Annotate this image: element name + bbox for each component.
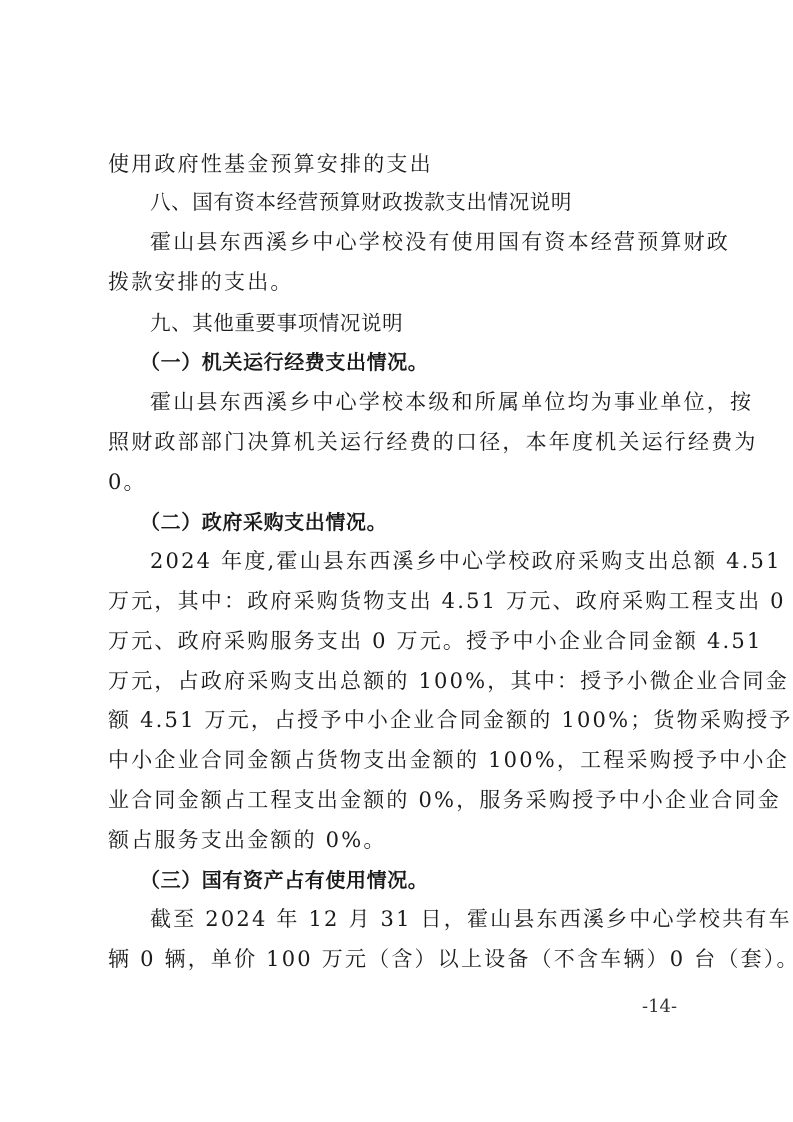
body-text-line: 万元，占政府采购支出总额的 100%，其中：授予小微企业合同金: [108, 667, 688, 695]
body-text-line: 2024 年度,霍山县东西溪乡中心学校政府采购支出总额 4.51: [150, 547, 730, 575]
body-text-line: 0。: [108, 468, 688, 496]
body-text-line: 照财政部部门决算机关运行经费的口径，本年度机关运行经费为: [108, 428, 688, 456]
body-text-line: 霍山县东西溪乡中心学校没有使用国有资本经营预算财政: [150, 228, 730, 256]
subheading-2: （二）政府采购支出情况。: [140, 508, 720, 536]
body-text-line: 业合同金额占工程支出金额的 0%，服务采购授予中小企业合同金: [108, 786, 688, 814]
body-text-line: 中小企业合同金额占货物支出金额的 100%，工程采购授予中小企: [108, 746, 688, 774]
body-text-line: 截至 2024 年 12 月 31 日，霍山县东西溪乡中心学校共有车: [150, 905, 730, 933]
body-text-line: 辆 0 辆，单价 100 万元（含）以上设备（不含车辆）0 台（套）。: [108, 945, 688, 973]
body-text-line: 额 4.51 万元，占授予中小企业合同金额的 100%；货物采购授予: [108, 706, 688, 734]
body-text-line: 拨款安排的支出。: [108, 268, 688, 296]
page-number: -14-: [642, 996, 677, 1017]
body-text-line: 万元、政府采购服务支出 0 万元。授予中小企业合同金额 4.51: [108, 627, 688, 655]
subheading-3: （三）国有资产占有使用情况。: [140, 866, 720, 894]
section-heading-8: 八、国有资本经营预算财政拨款支出情况说明: [150, 188, 730, 216]
body-text-line: 使用政府性基金预算安排的支出: [108, 150, 688, 178]
document-page: 使用政府性基金预算安排的支出 八、国有资本经营预算财政拨款支出情况说明 霍山县东…: [0, 0, 793, 1122]
subheading-1: （一）机关运行经费支出情况。: [140, 348, 720, 376]
body-text-line: 额占服务支出金额的 0%。: [108, 826, 688, 854]
body-text-line: 霍山县东西溪乡中心学校本级和所属单位均为事业单位，按: [150, 388, 730, 416]
body-text-line: 万元，其中：政府采购货物支出 4.51 万元、政府采购工程支出 0: [108, 587, 688, 615]
section-heading-9: 九、其他重要事项情况说明: [150, 309, 730, 337]
